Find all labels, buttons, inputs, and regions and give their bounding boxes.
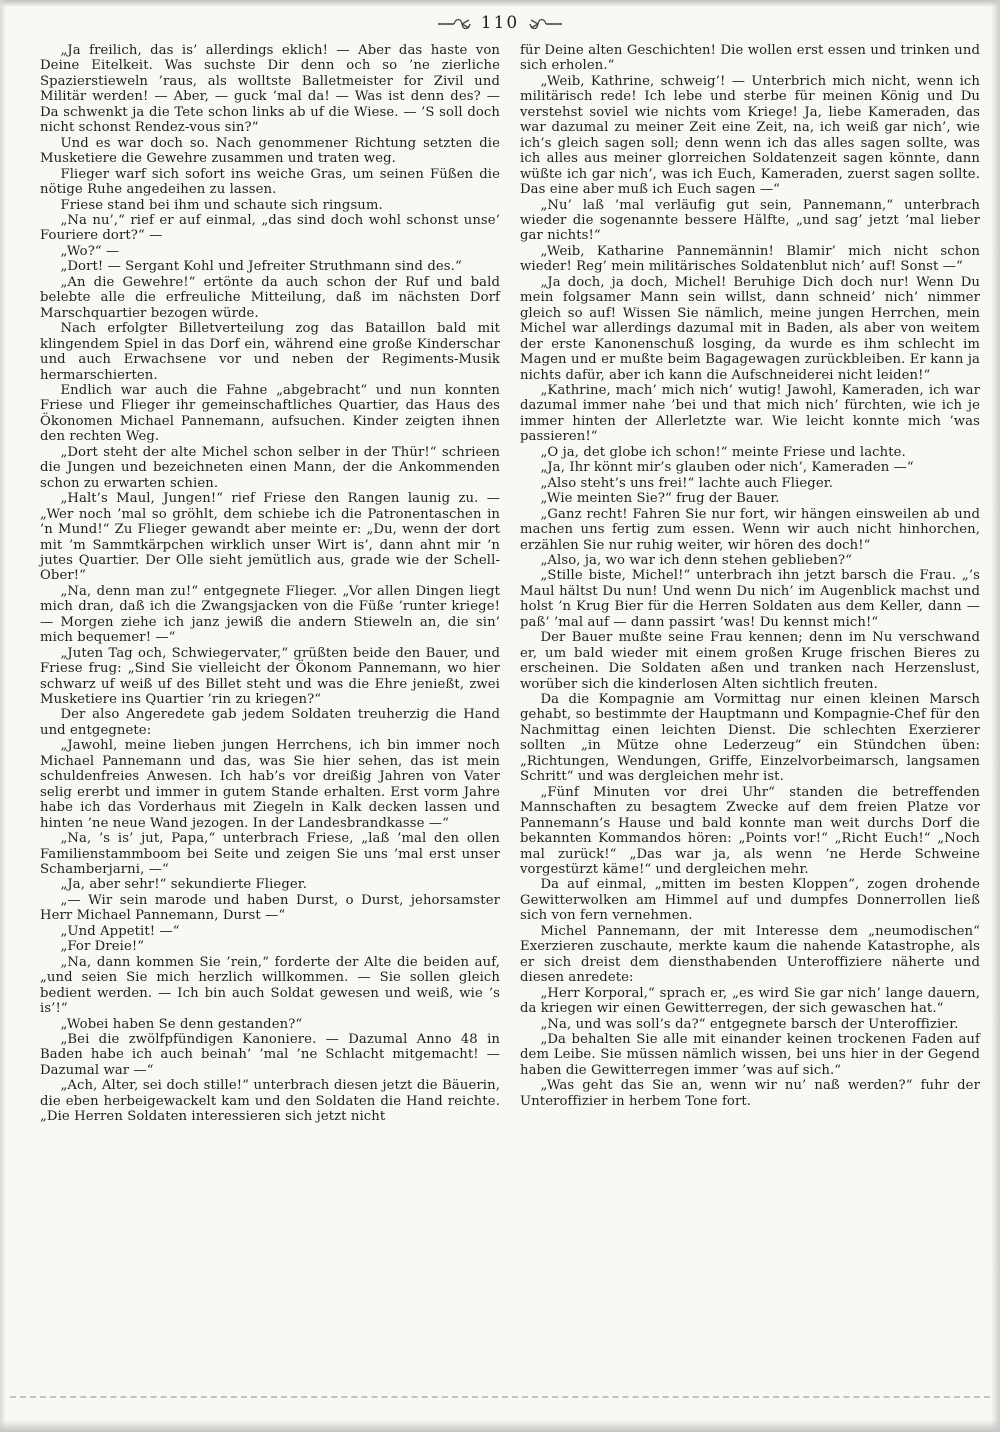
paragraph: „Jawohl, meine lieben jungen Herrchens, … [40,738,500,831]
text-column-right: für Deine alten Geschichten! Die wollen … [520,43,980,1125]
paragraph: „Na, ’s is’ jut, Papa,“ unterbrach Fries… [40,831,500,877]
header-ornament-right-icon [529,17,563,31]
page-right-edge [991,0,1000,1432]
paragraph: Michel Pannemann, der mit Interesse dem … [520,924,980,986]
paragraph: „O ja, det globe ich schon!“ meinte Frie… [520,445,980,460]
text-column-left: „Ja freilich, das is’ allerdings eklich!… [40,43,500,1125]
paragraph: „— Wir sein marode und haben Durst, o Du… [40,893,500,924]
paragraph: Da auf einmal, „mitten im besten Kloppen… [520,877,980,923]
paragraph: Nach erfolgter Billetverteilung zog das … [40,321,500,383]
paragraph: Der also Angeredete gab jedem Soldaten t… [40,707,500,738]
paragraph: „Und Appetit! —“ [40,924,500,939]
paragraph: „Weib, Kathrine, schweig’! — Unterbrich … [520,74,980,198]
paragraph: „Juten Tag och, Schwiegervater,“ grüßten… [40,646,500,708]
paragraph: „Was geht das Sie an, wenn wir nu’ naß w… [520,1078,980,1109]
paragraph: „Ja, Ihr könnt mir’s glauben oder nich’,… [520,460,980,475]
paragraph: „Wobei haben Se denn gestanden?“ [40,1017,500,1032]
bottom-rule [10,1396,990,1398]
paragraph: „Wo?“ — [40,244,500,259]
paragraph: „Ja freilich, das is’ allerdings eklich!… [40,43,500,136]
paragraph: „Also, ja, wo war ich denn stehen geblie… [520,553,980,568]
paragraph: „Dort steht der alte Michel schon selber… [40,445,500,491]
two-column-text-body: „Ja freilich, das is’ allerdings eklich!… [0,33,1000,1125]
paragraph: „Ja, aber sehr!“ sekundierte Flieger. [40,877,500,892]
paragraph: Endlich war auch die Fahne „abgebracht“ … [40,383,500,445]
page-bottom-edge [0,1420,1000,1432]
paragraph: „Halt’s Maul, Jungen!“ rief Friese den R… [40,491,500,584]
paragraph: „Fünf Minuten vor drei Uhr“ standen die … [520,785,980,878]
header-ornament-left-icon [437,17,471,31]
paragraph: „Herr Korporal,“ sprach er, „es wird Sie… [520,986,980,1017]
scanned-book-page: 110 „Ja freilich, das is’ allerdings ekl… [0,0,1000,1432]
paragraph: Und es war doch so. Nach genommener Rich… [40,136,500,167]
paragraph: „Da behalten Sie alle mit einander keine… [520,1032,980,1078]
paragraph: „Bei die zwölfpfündigen Kanoniere. — Daz… [40,1032,500,1078]
paragraph: „Ja doch, ja doch, Michel! Beruhige Dich… [520,275,980,383]
paragraph: Der Bauer mußte seine Frau kennen; denn … [520,630,980,692]
paragraph: „Na, denn man zu!“ entgegnete Flieger. „… [40,584,500,646]
paragraph: „Ganz recht! Fahren Sie nur fort, wir hä… [520,507,980,553]
paragraph: „An die Gewehre!“ ertönte da auch schon … [40,275,500,321]
page-left-edge [0,0,6,1432]
page-number: 110 [481,13,519,33]
paragraph: „Na, und was soll’s da?“ entgegnete bars… [520,1017,980,1032]
paragraph: Da die Kompagnie am Vormittag nur einen … [520,692,980,785]
paragraph: „Also steht’s uns frei!“ lachte auch Fli… [520,476,980,491]
paragraph: „Dort! — Sergant Kohl und Jefreiter Stru… [40,259,500,274]
paragraph: „Na, dann kommen Sie ’rein,“ forderte de… [40,955,500,1017]
paragraph: „Na nu’,“ rief er auf einmal, „das sind … [40,213,500,244]
paragraph: „Nu’ laß ’mal verläufig gut sein, Pannem… [520,198,980,244]
paragraph: „Wie meinten Sie?“ frug der Bauer. [520,491,980,506]
paragraph: „For Dreie!“ [40,939,500,954]
paragraph: für Deine alten Geschichten! Die wollen … [520,43,980,74]
paragraph: „Ach, Alter, sei doch stille!“ unterbrac… [40,1078,500,1124]
paragraph: „Stille biste, Michel!“ unterbrach ihn j… [520,568,980,630]
page-top-edge [0,0,1000,7]
paragraph: „Kathrine, mach’ mich nich’ wutig! Jawoh… [520,383,980,445]
paragraph: Friese stand bei ihm und schaute sich ri… [40,198,500,213]
paragraph: Flieger warf sich sofort ins weiche Gras… [40,167,500,198]
paragraph: „Weib, Katharine Pannemännin! Blamir’ mi… [520,244,980,275]
